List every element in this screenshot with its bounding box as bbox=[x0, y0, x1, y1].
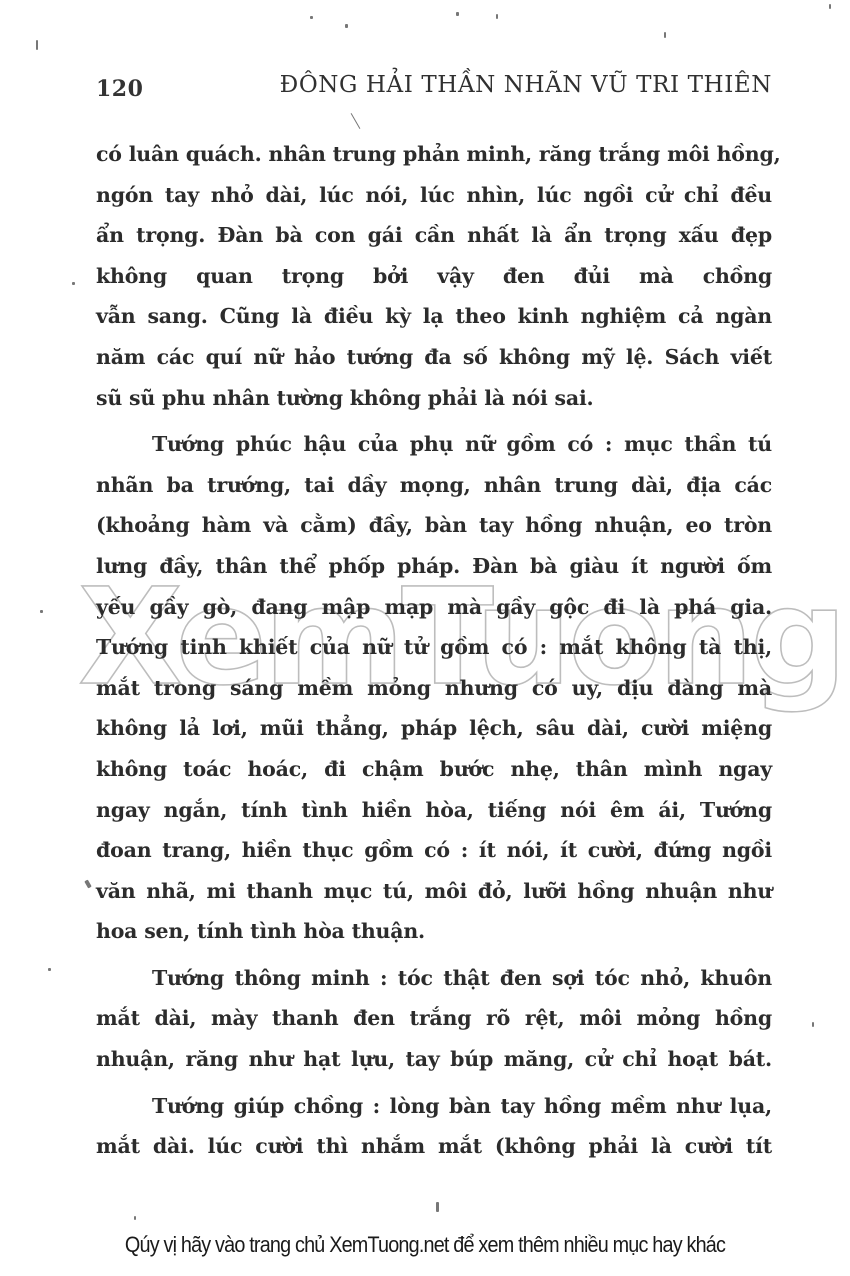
page-number: 120 bbox=[96, 76, 143, 102]
text-line: văn nhã, mi thanh mục tú, môi đỏ, lưỡi h… bbox=[96, 871, 772, 912]
text-line: nhãn ba trướng, tai dầy mọng, nhân trung… bbox=[96, 465, 772, 506]
text-line: sũ sũ phu nhân tường không phải là nói s… bbox=[96, 378, 772, 419]
text-line: đoan trang, hiền thục gồm có : ít nói, í… bbox=[96, 830, 772, 871]
scan-speck bbox=[436, 1202, 439, 1212]
text-line: không quan trọng bởi vậy đen đủi mà chồn… bbox=[96, 256, 772, 297]
text-line: (khoảng hàm và cằm) đầy, bàn tay hồng nh… bbox=[96, 505, 772, 546]
scan-speck bbox=[496, 14, 498, 19]
scan-speck bbox=[351, 113, 361, 129]
scan-speck bbox=[134, 1216, 136, 1220]
text-line: không toác hoác, đi chậm bước nhẹ, thân … bbox=[96, 749, 772, 790]
text-line: vẫn sang. Cũng là điều kỳ lạ theo kinh n… bbox=[96, 296, 772, 337]
text-line: ngay ngắn, tính tình hiền hòa, tiếng nói… bbox=[96, 790, 772, 831]
scan-speck bbox=[812, 1022, 814, 1027]
text-line: năm các quí nữ hảo tướng đa số không mỹ … bbox=[96, 337, 772, 378]
scan-speck bbox=[310, 16, 313, 19]
text-line: Tướng giúp chồng : lòng bàn tay hồng mềm… bbox=[96, 1086, 772, 1127]
scan-speck bbox=[84, 880, 91, 889]
running-title: ĐÔNG HẢI THẦN NHÃN VŨ TRI THIÊN bbox=[280, 72, 772, 98]
scan-speck bbox=[48, 968, 51, 971]
scan-speck bbox=[664, 32, 666, 38]
text-line: không lả lơi, mũi thẳng, pháp lệch, sâu … bbox=[96, 708, 772, 749]
text-line: mắt dài. lúc cười thì nhắm mắt (không ph… bbox=[96, 1126, 772, 1167]
scan-speck bbox=[456, 12, 459, 16]
body-text: có luân quách. nhân trung phản minh, răn… bbox=[96, 134, 772, 1167]
scan-speck bbox=[829, 4, 831, 9]
scanned-book-page: 120 ĐÔNG HẢI THẦN NHÃN VŨ TRI THIÊN XemT… bbox=[0, 0, 850, 1276]
scan-speck bbox=[36, 40, 38, 50]
text-line: mắt trong sáng mềm mỏng nhưng có uy, dịu… bbox=[96, 668, 772, 709]
text-line: yếu gầy gò, đang mập mạp mà gầy gộc đi l… bbox=[96, 587, 772, 628]
scan-speck bbox=[345, 24, 348, 28]
text-line: ngón tay nhỏ dài, lúc nói, lúc nhìn, lúc… bbox=[96, 175, 772, 216]
text-line: hoa sen, tính tình hòa thuận. bbox=[96, 911, 772, 952]
text-line: lưng đầy, thân thể phốp pháp. Đàn bà già… bbox=[96, 546, 772, 587]
page-header: 120 ĐÔNG HẢI THẦN NHÃN VŨ TRI THIÊN bbox=[96, 72, 772, 112]
scan-speck bbox=[40, 610, 43, 613]
text-line: Tướng phúc hậu của phụ nữ gồm có : mục t… bbox=[96, 424, 772, 465]
text-line: Tướng thông minh : tóc thật đen sợi tóc … bbox=[96, 958, 772, 999]
text-line: Tướng tinh khiết của nữ tử gồm có : mắt … bbox=[96, 627, 772, 668]
site-footer-note: Qúy vị hãy vào trang chủ XemTuong.net để… bbox=[43, 1232, 808, 1258]
text-line: có luân quách. nhân trung phản minh, răn… bbox=[96, 134, 772, 175]
text-line: nhuận, răng như hạt lựu, tay búp măng, c… bbox=[96, 1039, 772, 1080]
text-line: ẩn trọng. Đàn bà con gái cần nhất là ẩn … bbox=[96, 215, 772, 256]
text-line: mắt dài, mày thanh đen trắng rõ rệt, môi… bbox=[96, 998, 772, 1039]
scan-speck bbox=[72, 282, 75, 285]
